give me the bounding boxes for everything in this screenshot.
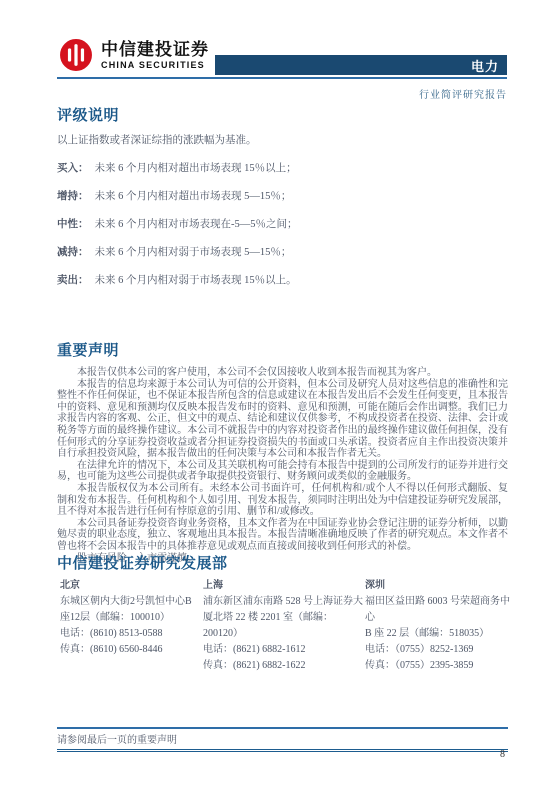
office-phone: 电话：(8621) 6882-1612 <box>203 642 365 658</box>
statement-paragraph: 本公司具备证券投资咨询业务资格，且本文作者为在中国证券业协会登记注册的证券分析师… <box>57 518 508 553</box>
rating-label: 买入： <box>57 163 89 174</box>
office-phone: 电话：（0755）8252-1369 <box>365 642 517 658</box>
office-shenzhen: 深圳 福田区益田路 6003 号荣超商务中心 B 座 22 层（邮编：51803… <box>365 578 517 674</box>
rating-desc: 未来 6 个月内相对超出市场表现 15％以上； <box>95 163 297 174</box>
office-phone: 电话：(8610) 8513-0588 <box>60 626 203 642</box>
rating-label: 中性： <box>57 219 89 230</box>
statement-body: 本报告仅供本公司的客户使用，本公司不会仅因接收人收到本报告而视其为客户。 本报告… <box>57 367 508 564</box>
rating-desc: 未来 6 个月内相对弱于市场表现 15％以上。 <box>95 275 297 286</box>
office-city: 北京 <box>60 578 203 594</box>
sector-label: 电力 <box>471 56 499 75</box>
citic-logo-icon <box>57 36 95 74</box>
office-address-line: 福田区益田路 6003 号荣超商务中心 <box>365 594 517 626</box>
office-city: 上海 <box>203 578 365 594</box>
office-address-line: 厦北塔 22 楼 2201 室（邮编：200120） <box>203 610 365 642</box>
statement-section-title: 重要声明 <box>57 339 119 360</box>
brand-name-cn: 中信建投证券 <box>101 41 209 58</box>
rating-item-sell: 卖出：未来 6 个月内相对弱于市场表现 15％以上。 <box>57 272 298 300</box>
brand-name-en: CHINA SECURITIES <box>101 61 209 70</box>
rating-item-buy: 买入：未来 6 个月内相对超出市场表现 15％以上； <box>57 160 298 188</box>
office-beijing: 北京 东城区朝内大街2号凯恒中心B 座12层（邮编：100010） 电话：(86… <box>60 578 203 674</box>
sector-banner: 电力 <box>215 55 507 75</box>
rating-benchmark-note: 以上证指数或者深证综指的涨跌幅为基准。 <box>57 132 257 147</box>
statement-paragraph: 在法律允许的情况下，本公司及其关联机构可能会持有本报告中提到的公司所发行的证券并… <box>57 460 508 483</box>
statement-paragraph: 本报告的信息均来源于本公司认为可信的公开资料，但本公司及研究人员对这些信息的准确… <box>57 379 508 460</box>
office-list: 北京 东城区朝内大街2号凯恒中心B 座12层（邮编：100010） 电话：(86… <box>60 578 520 674</box>
office-city: 深圳 <box>365 578 517 594</box>
report-page: 中信建投证券 CHINA SECURITIES 电力 行业简评研究报告 评级说明… <box>0 0 560 791</box>
rating-item-overweight: 增持：未来 6 个月内相对超出市场表现 5—15％； <box>57 188 298 216</box>
department-section-title: 中信建投证券研究发展部 <box>57 552 228 573</box>
statement-paragraph: 本报告仅供本公司的客户使用，本公司不会仅因接收人收到本报告而视其为客户。 <box>57 367 508 379</box>
rating-desc: 未来 6 个月内相对弱于市场表现 5—15％； <box>95 247 292 258</box>
office-address-line: 东城区朝内大街2号凯恒中心B <box>60 594 203 610</box>
office-address-line: 座12层（邮编：100010） <box>60 610 203 626</box>
page-number: 8 <box>57 749 505 760</box>
office-address-line: B 座 22 层（邮编：518035） <box>365 626 517 642</box>
rating-label: 卖出： <box>57 275 89 286</box>
office-address-line: 浦东新区浦东南路 528 号上海证券大 <box>203 594 365 610</box>
office-fax: 传真：（0755）2395-3859 <box>365 658 517 674</box>
header-divider <box>57 77 507 79</box>
rating-item-underweight: 减持：未来 6 个月内相对弱于市场表现 5—15％； <box>57 244 298 272</box>
rating-label: 增持： <box>57 191 89 202</box>
office-shanghai: 上海 浦东新区浦东南路 528 号上海证券大 厦北塔 22 楼 2201 室（邮… <box>203 578 365 674</box>
office-fax: 传真：(8610) 6560-8446 <box>60 642 203 658</box>
company-logo: 中信建投证券 CHINA SECURITIES <box>57 36 209 74</box>
office-fax: 传真：(8621) 6882-1622 <box>203 658 365 674</box>
rating-list: 买入：未来 6 个月内相对超出市场表现 15％以上； 增持：未来 6 个月内相对… <box>57 160 298 300</box>
rating-section-title: 评级说明 <box>57 104 119 125</box>
rating-item-neutral: 中性：未来 6 个月内相对市场表现在-5—5％之间； <box>57 216 298 244</box>
rating-desc: 未来 6 个月内相对市场表现在-5—5％之间； <box>95 219 298 230</box>
rating-desc: 未来 6 个月内相对超出市场表现 5—15％； <box>95 191 292 202</box>
report-type-label: 行业简评研究报告 <box>57 86 507 101</box>
statement-paragraph: 本报告版权仅为本公司所有。未经本公司书面许可，任何机构和/或个人不得以任何形式翻… <box>57 483 508 518</box>
footer-notice: 请参阅最后一页的重要声明 <box>57 735 177 746</box>
rating-label: 减持： <box>57 247 89 258</box>
